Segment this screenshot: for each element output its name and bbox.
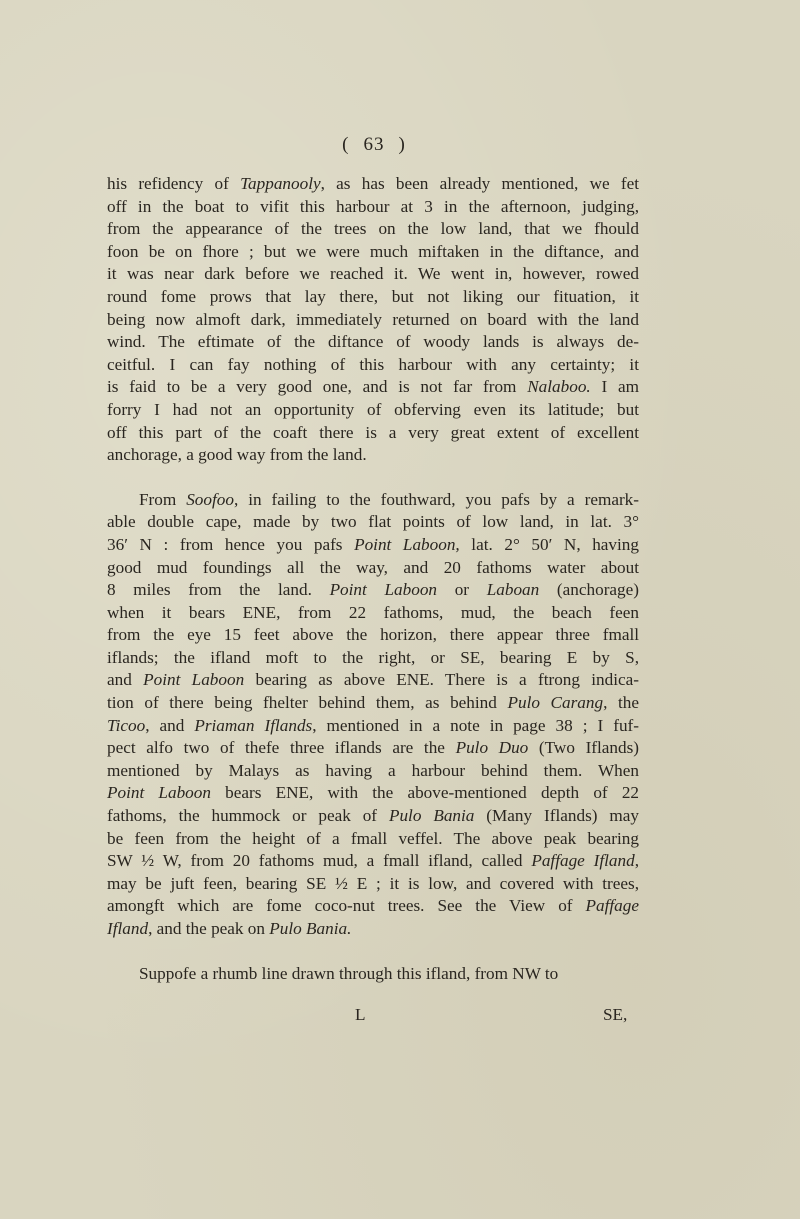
text-line: and Point Laboon bearing as above ENE. T…	[107, 669, 639, 692]
text-run: 8 miles from the land.	[107, 580, 330, 599]
italic-text: Pulo Carang	[507, 693, 603, 712]
text-run: or	[437, 580, 487, 599]
text-line: ceitful. I can fay nothing of this harbo…	[107, 354, 639, 377]
text-run: mentioned by Malays as having a harbour …	[107, 761, 639, 780]
text-run: (Many Iflands) may	[474, 806, 639, 825]
text-line: mentioned by Malays as having a harbour …	[107, 760, 639, 783]
text-line: it was near dark before we reached it. W…	[107, 263, 639, 286]
body-text: his refidency of Tappanooly, as has been…	[107, 173, 639, 985]
text-run: (anchorage)	[539, 580, 639, 599]
italic-text: Paffage Ifland	[531, 851, 634, 870]
paragraph-gap	[107, 467, 639, 489]
italic-text: Priaman Iflands	[194, 716, 312, 735]
text-line: being now almoft dark, immediately retur…	[107, 309, 639, 332]
paragraph: From Soofoo, in failing to the fouthward…	[107, 489, 639, 941]
text-run: it was near dark before we reached it. W…	[107, 264, 639, 283]
text-run: bears ENE, with the above-mentioned dept…	[211, 783, 639, 802]
italic-text: Point Laboon	[143, 670, 244, 689]
text-line: amongft which are fome coco-nut trees. S…	[107, 895, 639, 918]
text-run: SW ½ W, from 20 fathoms mud, a fmall ifl…	[107, 851, 531, 870]
text-line: from the appearance of the trees on the …	[107, 218, 639, 241]
text-run: tion of there being fhelter behind them,…	[107, 693, 507, 712]
text-run: fathoms, the hummock or peak of	[107, 806, 389, 825]
text-line: his refidency of Tappanooly, as has been…	[107, 173, 639, 196]
text-run: round fome prows that lay there, but not…	[107, 287, 639, 306]
catchword: SE,	[603, 1005, 627, 1025]
text-line: anchorage, a good way from the land.	[107, 444, 639, 467]
paragraph-gap	[107, 941, 639, 963]
text-run: ceitful. I can fay nothing of this harbo…	[107, 355, 639, 374]
page-number: 63	[364, 134, 385, 155]
text-line: when it bears ENE, from 22 fathoms, mud,…	[107, 602, 639, 625]
italic-text: Pulo Duo	[456, 738, 529, 757]
text-line: off this part of the coaft there is a ve…	[107, 422, 639, 445]
text-line: is faid to be a very good one, and is no…	[107, 376, 639, 399]
text-line: round fome prows that lay there, but not…	[107, 286, 639, 309]
text-run: , mentioned in a note in page 38 ; I fuf…	[312, 716, 639, 735]
text-line: Suppofe a rhumb line drawn through this …	[107, 963, 639, 986]
italic-text: Nalaboo.	[527, 377, 591, 396]
text-run: From	[139, 490, 186, 509]
text-line: 8 miles from the land. Point Laboon or L…	[107, 579, 639, 602]
text-run: off in the boat to vifit this harbour at…	[107, 197, 639, 216]
text-run: lat. 2° 50′ N, having	[460, 535, 639, 554]
text-line: be feen from the height of a fmall veffe…	[107, 828, 639, 851]
text-run: foon be on fhore ; but we were much mift…	[107, 242, 639, 261]
text-line: off in the boat to vifit this harbour at…	[107, 196, 639, 219]
italic-text: Paffage	[586, 896, 639, 915]
text-line: iflands; the ifland moft to the right, o…	[107, 647, 639, 670]
text-run: 36′ N : from hence you pafs	[107, 535, 354, 554]
text-run: forry I had not an opportunity of obferv…	[107, 400, 639, 419]
text-run: , in failing to the fouthward, you pafs …	[234, 490, 639, 509]
text-run: Suppofe a rhumb line drawn through this …	[139, 964, 558, 983]
text-run: his refidency of	[107, 174, 240, 193]
italic-text: Ticoo	[107, 716, 145, 735]
text-run: may be juft feen, bearing SE ½ E ; it is…	[107, 874, 639, 893]
italic-text: Point Laboon	[107, 783, 211, 802]
text-line: Ticoo, and Priaman Iflands, mentioned in…	[107, 715, 639, 738]
text-run: iflands; the ifland moft to the right, o…	[107, 648, 639, 667]
text-run: , and	[145, 716, 194, 735]
text-run: anchorage, a good way from the land.	[107, 445, 367, 464]
book-page: (63) his refidency of Tappanooly, as has…	[0, 0, 800, 1219]
italic-text: Point Laboon	[330, 580, 437, 599]
text-run: wind. The eftimate of the diftance of wo…	[107, 332, 639, 351]
text-run: able double cape, made by two flat point…	[107, 512, 639, 531]
text-line: pect alfo two of thefe three iflands are…	[107, 737, 639, 760]
italic-text: Laboan	[487, 580, 540, 599]
text-line: tion of there being fhelter behind them,…	[107, 692, 639, 715]
text-run: amongft which are fome coco-nut trees. S…	[107, 896, 586, 915]
text-run: good mud foundings all the way, and 20 f…	[107, 558, 639, 577]
text-line: SW ½ W, from 20 fathoms mud, a fmall ifl…	[107, 850, 639, 873]
paragraph: his refidency of Tappanooly, as has been…	[107, 173, 639, 467]
text-line: Ifland, and the peak on Pulo Bania.	[107, 918, 639, 941]
text-run: I am	[591, 377, 639, 396]
text-line: Point Laboon bears ENE, with the above-m…	[107, 782, 639, 805]
text-run: is faid to be a very good one, and is no…	[107, 377, 527, 396]
text-line: foon be on fhore ; but we were much mift…	[107, 241, 639, 264]
italic-text: Tappanooly	[240, 174, 321, 193]
signature-mark: L	[355, 1005, 366, 1025]
text-line: forry I had not an opportunity of obferv…	[107, 399, 639, 422]
italic-text: Ifland	[107, 919, 148, 938]
text-line: good mud foundings all the way, and 20 f…	[107, 557, 639, 580]
paren-open: (	[342, 134, 349, 155]
text-run: be feen from the height of a fmall veffe…	[107, 829, 639, 848]
text-line: wind. The eftimate of the diftance of wo…	[107, 331, 639, 354]
text-run: from the eye 15 feet above the horizon, …	[107, 625, 639, 644]
italic-text: Pulo Bania.	[269, 919, 351, 938]
paren-close: )	[399, 134, 406, 155]
text-run: when it bears ENE, from 22 fathoms, mud,…	[107, 603, 639, 622]
paragraph: Suppofe a rhumb line drawn through this …	[107, 963, 639, 986]
page-number-header: (63)	[0, 134, 774, 156]
text-line: fathoms, the hummock or peak of Pulo Ban…	[107, 805, 639, 828]
text-run: , and the peak on	[148, 919, 269, 938]
text-line: may be juft feen, bearing SE ½ E ; it is…	[107, 873, 639, 896]
text-run: being now almoft dark, immediately retur…	[107, 310, 639, 329]
text-run: , the	[603, 693, 639, 712]
italic-text: Pulo Bania	[389, 806, 474, 825]
italic-text: Soofoo	[186, 490, 234, 509]
text-run: from the appearance of the trees on the …	[107, 219, 639, 238]
text-line: from the eye 15 feet above the horizon, …	[107, 624, 639, 647]
text-line: able double cape, made by two flat point…	[107, 511, 639, 534]
text-run: and	[107, 670, 143, 689]
text-run: pect alfo two of thefe three iflands are…	[107, 738, 456, 757]
text-line: From Soofoo, in failing to the fouthward…	[107, 489, 639, 512]
text-run: , as has been already mentioned, we fet	[321, 174, 639, 193]
text-run: bearing as above ENE. There is a ftrong …	[244, 670, 639, 689]
text-line: 36′ N : from hence you pafs Point Laboon…	[107, 534, 639, 557]
text-run: off this part of the coaft there is a ve…	[107, 423, 639, 442]
italic-text: Point Laboon,	[354, 535, 460, 554]
text-run: ,	[635, 851, 639, 870]
text-run: (Two Iflands)	[528, 738, 639, 757]
